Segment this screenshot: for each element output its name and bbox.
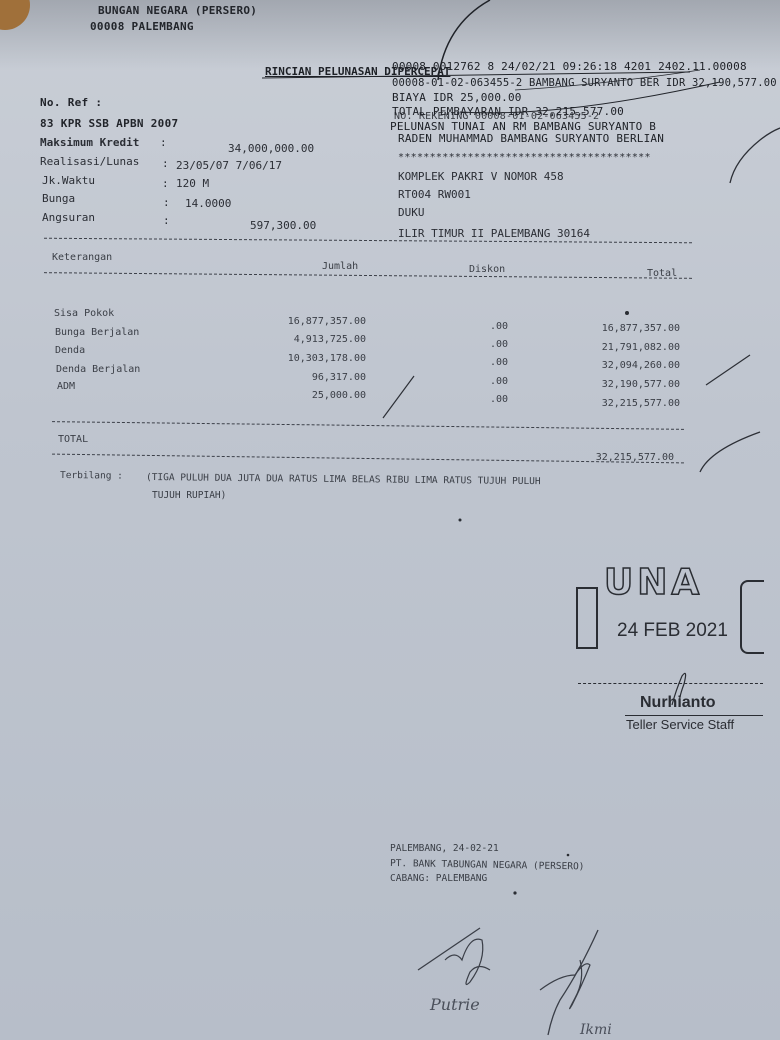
terbilang-label: Terbilang : (60, 470, 123, 482)
document-page: BUNGAN NEGARA (PERSERO) 00008 PALEMBANG … (0, 0, 780, 1040)
footer-branch: CABANG: PALEMBANG (390, 873, 487, 884)
footer-place-date: PALEMBANG, 24-02-21 (390, 843, 499, 854)
info-label-angsuran: Angsuran (42, 211, 95, 224)
terbilang-line-2: TUJUH RUPIAH) (152, 490, 226, 501)
row-total: 32,215,577.00 (570, 398, 680, 409)
row-keterangan: Denda (55, 345, 85, 356)
stamp-letter-s (740, 580, 764, 654)
row-keterangan: ADM (57, 381, 75, 392)
info-value-maksimum: 34,000,000.00 (228, 142, 314, 155)
row-jumlah: 16,877,357.00 (260, 316, 366, 327)
info-sep: : (162, 157, 169, 170)
row-diskon: .00 (490, 321, 508, 332)
bank-name: BUNGAN NEGARA (PERSERO) (98, 4, 257, 17)
col-header-diskon: Diskon (469, 264, 505, 275)
address-line-1: KOMPLEK PAKRI V NOMOR 458 (398, 170, 564, 183)
teller-name: Nurhianto (640, 694, 716, 712)
row-keterangan: Sisa Pokok (54, 308, 114, 319)
col-header-jumlah: Jumlah (322, 261, 358, 272)
col-header-total: Total (647, 268, 677, 279)
row-keterangan: Denda Berjalan (56, 364, 140, 375)
total-value: 32,215,577.00 (560, 452, 674, 463)
row-jumlah: 4,913,725.00 (260, 334, 366, 345)
validation-line-7: RADEN MUHAMMAD BAMBANG SURYANTO BERLIAN (398, 132, 664, 145)
signature-name-right: Ikmi (580, 1022, 612, 1038)
info-sep: : (163, 214, 170, 227)
validation-stars: **************************************** (398, 152, 651, 163)
teller-underline (625, 715, 763, 716)
total-label: TOTAL (58, 434, 88, 445)
row-diskon: .00 (490, 394, 508, 405)
info-sep: : (160, 136, 167, 149)
address-line-3: DUKU (398, 206, 425, 219)
separator (44, 272, 692, 279)
row-diskon: .00 (490, 376, 508, 387)
info-label-realisasi: Realisasi/Lunas (40, 155, 139, 168)
ref-label: No. Ref : (40, 96, 102, 109)
row-total: 32,190,577.00 (570, 379, 680, 390)
separator (52, 421, 684, 430)
row-keterangan: Bunga Berjalan (55, 327, 139, 338)
info-label-maksimum: Maksimum Kredit (40, 136, 139, 149)
info-sep: : (162, 177, 169, 190)
row-total: 16,877,357.00 (570, 323, 680, 334)
validation-line-3: BIAYA IDR 25,000.00 (392, 91, 522, 104)
signature-name-left: Putrie (430, 995, 480, 1014)
validation-line-2: 00008-01-02-063455-2 BAMBANG SURYANTO BE… (392, 77, 777, 89)
info-label-bunga: Bunga (42, 192, 75, 205)
info-value-bunga: 14.0000 (185, 197, 231, 210)
row-total: 21,791,082.00 (570, 342, 680, 353)
stamp-text: UNA (604, 562, 703, 603)
stamp-separator (578, 683, 763, 684)
terbilang-line-1: (TIGA PULUH DUA JUTA DUA RATUS LIMA BELA… (146, 472, 541, 487)
row-jumlah: 10,303,178.00 (260, 353, 366, 364)
address-line-2: RT004 RW001 (398, 188, 471, 201)
stamp-letter-l (576, 587, 598, 649)
row-jumlah: 25,000.00 (260, 390, 366, 401)
row-jumlah: 96,317.00 (260, 372, 366, 383)
stamp-date: 24 FEB 2021 (617, 620, 728, 642)
ref-value: 83 KPR SSB APBN 2007 (40, 117, 178, 130)
row-diskon: .00 (490, 357, 508, 368)
footer-company: PT. BANK TABUNGAN NEGARA (PERSERO) (390, 858, 585, 872)
branch-code: 00008 PALEMBANG (90, 20, 194, 33)
teller-title: Teller Service Staff (626, 717, 734, 732)
info-label-jkwaktu: Jk.Waktu (42, 174, 95, 187)
validation-line-1: 00008 0012762 8 24/02/21 09:26:18 4201 2… (392, 60, 747, 73)
info-value-realisasi: 23/05/07 7/06/17 (176, 159, 282, 172)
separator (44, 238, 692, 244)
info-value-jkwaktu: 120 M (176, 177, 209, 190)
row-diskon: .00 (490, 339, 508, 350)
info-value-angsuran: 597,300.00 (250, 219, 316, 232)
col-header-keterangan: Keterangan (52, 252, 112, 263)
row-total: 32,094,260.00 (570, 360, 680, 371)
address-line-4: ILIR TIMUR II PALEMBANG 30164 (398, 227, 590, 240)
info-sep: : (163, 196, 170, 209)
